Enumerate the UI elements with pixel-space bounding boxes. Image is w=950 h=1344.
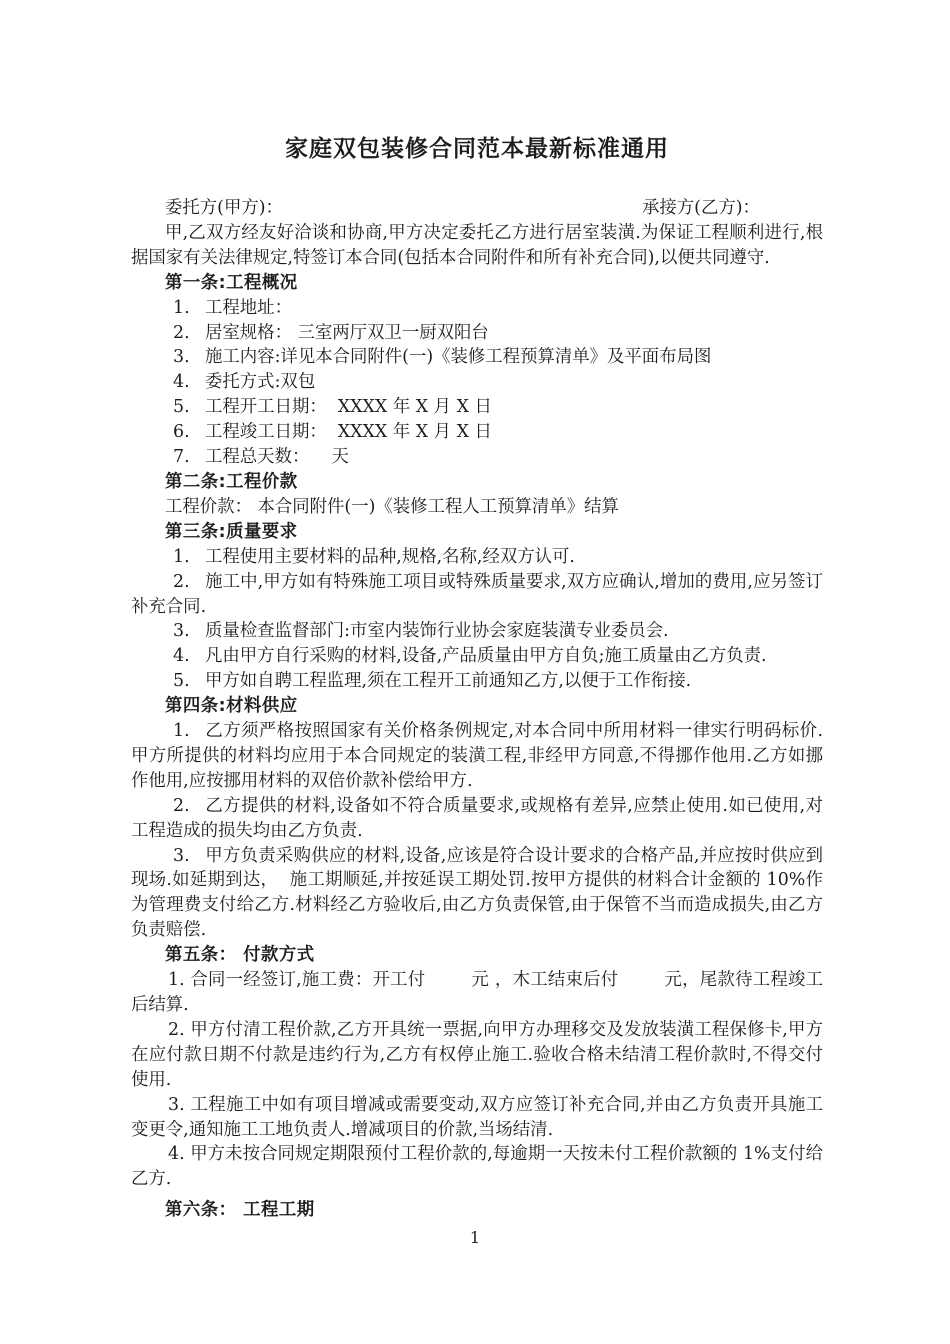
intro-paragraph: 甲,乙双方经友好洽谈和协商,甲方决定委托乙方进行居室装潢.为保证工程顺利进行,根… bbox=[131, 221, 823, 271]
item-text: 乙方提供的材料,设备如不符合质量要求,或规格有差异,应禁止使用.如已使用,对工程… bbox=[131, 796, 823, 841]
item-number: 1. bbox=[173, 545, 205, 570]
item-number: 3. bbox=[173, 345, 205, 370]
section-5-heading: 第五条： 付款方式 bbox=[131, 943, 823, 968]
list-item: 1.乙方须严格按照国家有关价格条例规定,对本合同中所用材料一律实行明码标价.甲方… bbox=[131, 719, 823, 794]
item-number: 3. bbox=[173, 844, 205, 869]
contract-body: 家庭双包装修合同范本最新标准通用 委托方(甲方)：承接方(乙方)： 甲,乙双方经… bbox=[131, 0, 823, 1223]
item-number: 5. bbox=[173, 395, 205, 420]
item-number: 1. bbox=[173, 719, 205, 744]
section-3-heading: 第三条:质量要求 bbox=[131, 520, 823, 545]
list-item: 2.施工中,甲方如有特殊施工项目或特殊质量要求,双方应确认,增加的费用,应另签订… bbox=[131, 570, 823, 620]
list-item: 4.凡由甲方自行采购的材料,设备,产品质量由甲方自负;施工质量由乙方负责. bbox=[131, 644, 823, 669]
section-2-heading: 第二条:工程价款 bbox=[131, 470, 823, 495]
list-item: 2.乙方提供的材料,设备如不符合质量要求,或规格有差异,应禁止使用.如已使用,对… bbox=[131, 794, 823, 844]
item-text: 工程竣工日期： XXXX 年 X 月 X 日 bbox=[205, 422, 492, 442]
item-text: 工程开工日期： XXXX 年 X 月 X 日 bbox=[205, 397, 492, 417]
item-text: 甲方负责采购供应的材料,设备,应该是符合设计要求的合格产品,并应按时供应到现场.… bbox=[131, 846, 823, 941]
item-text: 甲方如自聘工程监理,须在工程开工前通知乙方,以便于工作衔接. bbox=[205, 671, 691, 691]
list-item: 1.工程使用主要材料的品种,规格,名称,经双方认可. bbox=[131, 545, 823, 570]
item-number: 5. bbox=[173, 669, 205, 694]
list-item: 6.工程竣工日期： XXXX 年 X 月 X 日 bbox=[131, 420, 823, 445]
section-2-paragraph: 工程价款： 本合同附件(一)《装修工程人工预算清单》结算 bbox=[131, 495, 823, 520]
item-number: 4. bbox=[173, 644, 205, 669]
payment-paragraph: 3. 工程施工中如有项目增减或需要变动,双方应签订补充合同,并由乙方负责开具施工… bbox=[131, 1093, 823, 1143]
list-item: 5.甲方如自聘工程监理,须在工程开工前通知乙方,以便于工作衔接. bbox=[131, 669, 823, 694]
item-number: 4. bbox=[173, 370, 205, 395]
item-text: 工程使用主要材料的品种,规格,名称,经双方认可. bbox=[205, 547, 575, 567]
payment-paragraph: 4. 甲方未按合同规定期限预付工程价款的,每逾期一天按未付工程价款额的 1%支付… bbox=[131, 1142, 823, 1192]
list-item: 5.工程开工日期： XXXX 年 X 月 X 日 bbox=[131, 395, 823, 420]
item-text: 乙方须严格按照国家有关价格条例规定,对本合同中所用材料一律实行明码标价.甲方所提… bbox=[131, 721, 823, 791]
item-text: 工程地址： bbox=[205, 298, 292, 318]
item-number: 3. bbox=[173, 619, 205, 644]
item-text: 委托方式:双包 bbox=[205, 372, 315, 392]
item-text: 凡由甲方自行采购的材料,设备,产品质量由甲方自负;施工质量由乙方负责. bbox=[205, 646, 767, 666]
list-item: 4.委托方式:双包 bbox=[131, 370, 823, 395]
item-text: 施工中,甲方如有特殊施工项目或特殊质量要求,双方应确认,增加的费用,应另签订补充… bbox=[131, 572, 823, 617]
item-number: 2. bbox=[173, 794, 205, 819]
item-text: 施工内容:详见本合同附件(一)《装修工程预算清单》及平面布局图 bbox=[205, 347, 711, 367]
list-item: 3.质量检查监督部门:市室内装饰行业协会家庭装潢专业委员会. bbox=[131, 619, 823, 644]
section-6-heading: 第六条： 工程工期 bbox=[131, 1198, 823, 1223]
item-number: 7. bbox=[173, 445, 205, 470]
list-item: 3.甲方负责采购供应的材料,设备,应该是符合设计要求的合格产品,并应按时供应到现… bbox=[131, 844, 823, 944]
list-item: 1.工程地址： bbox=[131, 296, 823, 321]
item-number: 6. bbox=[173, 420, 205, 445]
item-number: 1. bbox=[173, 296, 205, 321]
item-text: 居室规格： 三室两厅双卫一厨双阳台 bbox=[205, 323, 489, 343]
document-title: 家庭双包装修合同范本最新标准通用 bbox=[131, 0, 823, 166]
section-1-heading: 第一条:工程概况 bbox=[131, 271, 823, 296]
page-number: 1 bbox=[0, 1228, 950, 1248]
payment-paragraph: 1. 合同一经签订,施工费：开工付 元 ，木工结束后付 元，尾款待工程竣工后结算… bbox=[131, 968, 823, 1018]
item-number: 2. bbox=[173, 321, 205, 346]
list-item: 2.居室规格： 三室两厅双卫一厨双阳台 bbox=[131, 321, 823, 346]
item-text: 工程总天数： 天 bbox=[205, 447, 349, 467]
parties-line: 委托方(甲方)：承接方(乙方)： bbox=[131, 196, 823, 221]
party-b-label: 承接方(乙方)： bbox=[608, 196, 760, 221]
item-number: 2. bbox=[173, 570, 205, 595]
section-4-heading: 第四条:材料供应 bbox=[131, 694, 823, 719]
list-item: 7.工程总天数： 天 bbox=[131, 445, 823, 470]
document-page: 家庭双包装修合同范本最新标准通用 委托方(甲方)：承接方(乙方)： 甲,乙双方经… bbox=[0, 0, 950, 1344]
party-a-label: 委托方(甲方)： bbox=[165, 198, 283, 218]
list-item: 3.施工内容:详见本合同附件(一)《装修工程预算清单》及平面布局图 bbox=[131, 345, 823, 370]
item-text: 质量检查监督部门:市室内装饰行业协会家庭装潢专业委员会. bbox=[205, 621, 669, 641]
payment-paragraph: 2. 甲方付清工程价款,乙方开具统一票据,向甲方办理移交及发放装潢工程保修卡,甲… bbox=[131, 1018, 823, 1093]
